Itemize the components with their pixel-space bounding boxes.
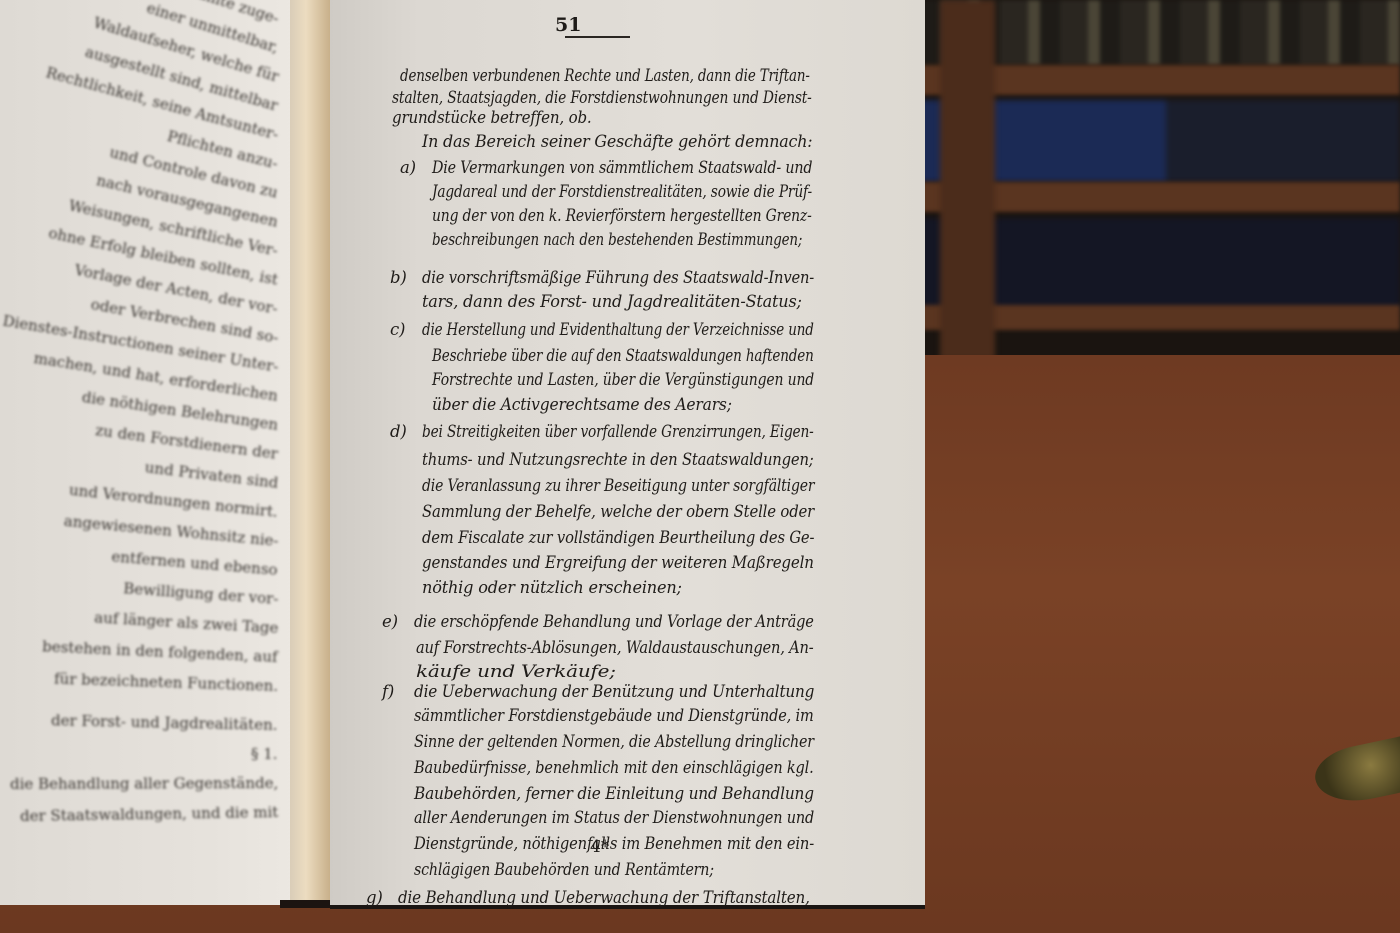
text-line: grundstücke betreffen, ob. — [392, 108, 592, 127]
list-marker: a) — [400, 158, 416, 177]
left-text-line: Bewilligung der vor- — [122, 579, 278, 608]
text-line: Beschriebe über die auf den Staatswaldun… — [432, 346, 814, 365]
text-line: Jagdareal und der Forstdienstrealitäten,… — [432, 182, 812, 201]
text-line: ung der von den k. Revierförstern herges… — [432, 206, 812, 225]
left-page-text: Forstämte zuge-einer unmittelbar,Waldauf… — [0, 0, 290, 900]
text-line: Baubedürfnisse, benehmlich mit den einsc… — [414, 758, 814, 777]
text-line: schlägigen Baubehörden und Rentämtern; — [414, 860, 714, 879]
text-line: Sammlung der Behelfe, welche der obern S… — [422, 502, 814, 521]
text-line: bei Streitigkeiten über vorfallende Gren… — [422, 422, 814, 441]
left-text-line: § 1. — [251, 745, 278, 763]
text-line: die Veranlassung zu ihrer Beseitigung un… — [422, 476, 814, 495]
text-line: die Herstellung und Evidenthaltung der V… — [422, 320, 814, 339]
text-line: die Behandlung und Ueberwachung der Trif… — [398, 888, 810, 907]
text-line: Die Vermarkungen von sämmtlichem Staatsw… — [432, 158, 812, 177]
text-line: käufe und Verkäufe; — [416, 662, 616, 681]
list-marker: e) — [382, 612, 398, 631]
text-line: die erschöpfende Behandlung und Vorlage … — [414, 612, 814, 631]
text-line: stalten, Staatsjagden, die Forstdienstwo… — [392, 88, 812, 107]
left-text-line: auf länger als zwei Tage — [93, 608, 278, 637]
text-line: dem Fiscalate zur vollständigen Beurthei… — [422, 528, 814, 547]
left-text-line: für bezeichneten Functionen. — [54, 670, 279, 695]
text-line: Dienstgründe, nöthigenfalls im Benehmen … — [414, 834, 814, 853]
text-line: nöthig oder nützlich erscheinen; — [422, 578, 682, 597]
left-text-line: entfernen und ebenso — [111, 547, 278, 579]
list-marker: g) — [366, 888, 383, 907]
page-number: 51 — [555, 14, 581, 36]
text-line: In das Bereich seiner Geschäfte gehört d… — [422, 132, 812, 151]
text-line: die Ueberwachung der Benützung und Unter… — [414, 682, 814, 701]
shelf-post — [940, 0, 995, 360]
left-text-line: bestehen in den folgenden, auf — [42, 637, 278, 666]
left-text-line: und Privaten sind — [144, 458, 279, 492]
text-line: auf Forstrechts-Ablösungen, Waldaustausc… — [416, 638, 814, 657]
left-text-line: der Forst- und Jagdrealitäten. — [51, 711, 278, 734]
list-marker: f) — [382, 682, 394, 701]
page-number-rule — [565, 36, 630, 38]
text-line: beschreibungen nach den bestehenden Best… — [432, 230, 802, 249]
text-line: genstandes und Ergreifung der weiteren M… — [422, 553, 814, 572]
left-text-line: die Behandlung aller Gegenstände, — [10, 774, 278, 793]
text-line: Baubehörden, ferner die Einleitung und B… — [414, 784, 814, 803]
text-line: die vorschriftsmäßige Führung des Staats… — [422, 268, 814, 287]
text-line: Sinne der geltenden Normen, die Abstellu… — [414, 732, 814, 751]
text-line: sämmtlicher Forstdienstgebäude und Diens… — [414, 706, 814, 725]
list-marker: b) — [390, 268, 407, 287]
list-marker: c) — [390, 320, 405, 339]
text-line: über die Activgerechtsame des Aerars; — [432, 395, 732, 414]
text-line: aller Aenderungen im Status der Dienstwo… — [414, 808, 814, 827]
text-line: Forstrechte und Lasten, über die Vergüns… — [432, 370, 814, 389]
left-text-line: der Staatswaldungen, und die mit — [20, 803, 279, 825]
list-marker: d) — [390, 422, 407, 441]
book-gutter — [290, 0, 330, 900]
signature-mark: 4* — [590, 837, 609, 857]
text-line: thums- und Nutzungsrechte in den Staatsw… — [422, 450, 814, 469]
text-line: denselben verbundenen Rechte und Lasten,… — [400, 66, 810, 85]
text-line: tars, dann des Forst- und Jagdrealitäten… — [422, 292, 802, 311]
left-page: Forstämte zuge-einer unmittelbar,Waldauf… — [0, 0, 298, 905]
